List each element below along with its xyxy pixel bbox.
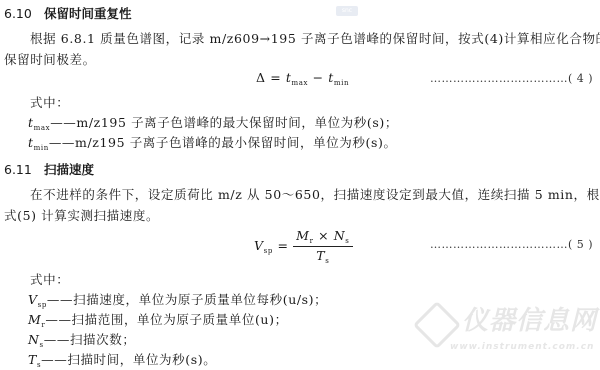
m-variable: M xyxy=(296,228,309,243)
definition-text: ——扫描次数； xyxy=(44,332,136,347)
symbol: M xyxy=(28,312,41,327)
subscript: s xyxy=(345,237,349,245)
where-label: 式中： xyxy=(30,270,69,288)
section-heading-6-11: 6.11扫描速度 xyxy=(4,160,94,178)
formula-leader: ………………………………( 5 ) xyxy=(430,238,593,251)
v-variable: V xyxy=(254,238,264,253)
definition-text: ——扫描范围，单位为原子质量单位(u)； xyxy=(45,312,287,327)
formula-leader: ………………………………( 4 ) xyxy=(430,72,593,85)
leader-dots: ……………………………… xyxy=(430,72,568,85)
times-sign: × xyxy=(314,228,334,243)
minus-sign: − xyxy=(308,70,328,85)
watermark: 仪器信息网 www.instrument.com.cn xyxy=(420,300,597,352)
definition-text: ——m/z195 子离子色谱峰的最大保留时间，单位为秒(s)； xyxy=(50,115,398,130)
section-title: 保留时间重复性 xyxy=(44,6,132,21)
equation-number: ( 4 ) xyxy=(568,72,593,85)
leader-dots: ……………………………… xyxy=(430,238,568,251)
fraction: Mr × Ns Ts xyxy=(293,228,352,265)
definition-item: tmax——m/z195 子离子色谱峰的最大保留时间，单位为秒(s)； xyxy=(28,113,398,132)
subscript: sp xyxy=(264,247,273,255)
watermark-url: www.instrument.com.cn xyxy=(450,342,597,352)
paragraph-line: 保留时间极差。 xyxy=(4,50,96,68)
section-title: 扫描速度 xyxy=(44,162,94,177)
watermark-brand: 仪器信息网 xyxy=(462,306,597,336)
denominator: Ts xyxy=(293,247,352,265)
subscript: min xyxy=(334,79,349,87)
definition-text: ——扫描时间，单位为秒(s)。 xyxy=(41,352,216,367)
equals-sign: = xyxy=(266,70,286,85)
formula-5: Vsp = Mr × Ns Ts xyxy=(254,228,353,265)
paragraph-line: 在不进样的条件下，设定质荷比 m/z 从 50～650，扫描速度设定到最大值，连… xyxy=(30,185,600,203)
definition-item: Vsp——扫描速度，单位为原子质量单位每秒(u/s)； xyxy=(28,290,327,309)
subscript: sp xyxy=(38,301,47,309)
formula-4: Δ = tmax − tmin xyxy=(256,70,349,87)
symbol: V xyxy=(28,292,38,307)
paragraph-line: 式(5) 计算实测扫描速度。 xyxy=(4,206,159,224)
equation-number: ( 5 ) xyxy=(568,238,593,251)
formula-lhs: Vsp = xyxy=(254,238,289,255)
symbol: N xyxy=(28,332,40,347)
n-variable: N xyxy=(334,228,346,243)
section-heading-6-10: 6.10保留时间重复性 xyxy=(4,4,132,22)
definition-text: ——扫描速度，单位为原子质量单位每秒(u/s)； xyxy=(47,292,327,307)
subscript: min xyxy=(34,144,49,152)
section-number: 6.11 xyxy=(4,162,44,177)
subscript: max xyxy=(34,124,51,132)
watermark-badge: snc xyxy=(336,6,358,16)
section-number: 6.10 xyxy=(4,6,44,21)
paragraph-line: 根据 6.8.1 质量色谱图，记录 m/z609→195 子离子色谱峰的保留时间… xyxy=(30,29,600,47)
equals-sign: = xyxy=(273,238,289,253)
where-label: 式中： xyxy=(30,93,69,111)
numerator: Mr × Ns xyxy=(293,228,352,247)
delta-symbol: Δ xyxy=(256,70,266,85)
definition-item: Ts——扫描时间，单位为秒(s)。 xyxy=(28,350,216,369)
definition-item: tmin——m/z195 子离子色谱峰的最小保留时间，单位为秒(s)。 xyxy=(28,133,397,152)
subscript: s xyxy=(325,257,329,265)
subscript: max xyxy=(292,79,309,87)
definition-item: Ns——扫描次数； xyxy=(28,330,135,349)
t-variable: T xyxy=(316,248,325,263)
symbol: T xyxy=(28,352,37,367)
definition-text: ——m/z195 子离子色谱峰的最小保留时间，单位为秒(s)。 xyxy=(49,135,397,150)
definition-item: Mr——扫描范围，单位为原子质量单位(u)； xyxy=(28,310,288,329)
